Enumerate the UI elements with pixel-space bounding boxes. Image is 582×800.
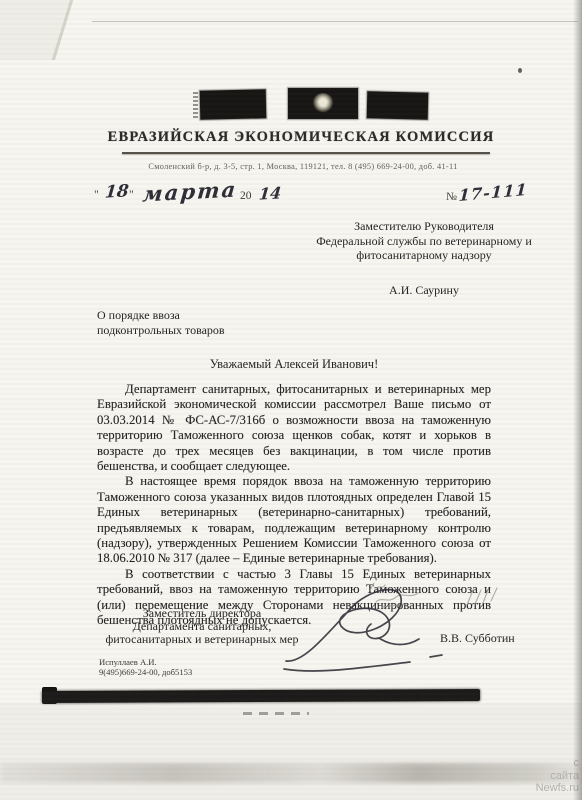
scan-right-edge-shadow [573,0,582,800]
handwritten-day: 18 [104,181,130,202]
letterhead-rule [122,152,490,154]
number-sign: № [446,191,457,203]
handwritten-year: 14 [258,183,282,203]
scan-background-below-page [0,703,582,800]
signer-title-line: фитосанитарных и ветеринарных мер [96,633,308,646]
executor-name: Испуллаев А.И. [99,657,192,667]
addressee-name: А.И. Саурину [300,283,548,298]
page-bottom-edge-bar [42,689,480,703]
subject-line: О порядке ввоза [97,308,225,323]
executor-block: Испуллаев А.И. 9(495)669-24-00, доб5153 [99,657,192,677]
addressee-line: фитосанитарному надзору [300,248,548,263]
date-quote-close: " [129,189,134,201]
kazakhstan-flag-sun-emblem-icon [288,88,358,119]
subject-block: О порядке ввоза подконтрольных товаров [97,308,225,338]
scan-speck [518,68,522,73]
printed-year-prefix: 20 [240,190,252,202]
flag-edge-marks [193,92,198,118]
signature-scribble [282,573,452,678]
addressee-line: Заместителю Руководителя [300,219,548,234]
body-paragraph: В настоящее время порядок ввоза на тамож… [97,474,491,566]
scan-dash-marks [243,712,309,715]
scanned-letter-page: ЕВРАЗИЙСКАЯ ЭКОНОМИЧЕСКАЯ КОМИССИЯ Смоле… [0,0,582,800]
page-corner-fold [0,0,112,60]
member-flag-icon [200,89,267,119]
handwritten-letter-number: 17-111 [458,180,528,205]
organization-address: Смоленский б-р, д. 3-5, стр. 1, Москва, … [108,162,498,171]
signer-name: В.В. Субботин [440,631,515,646]
salutation: Уважаемый Алексей Иванович! [97,357,491,372]
organization-title: ЕВРАЗИЙСКАЯ ЭКОНОМИЧЕСКАЯ КОМИССИЯ [20,129,582,146]
subject-line: подконтрольных товаров [97,323,225,338]
signer-title-block: Заместитель директора Департамента санит… [96,607,308,647]
body-paragraph: Департамент санитарных, фитосанитарных и… [97,382,491,474]
executor-phone: 9(495)669-24-00, доб5153 [99,667,192,677]
date-quote-open: " [94,189,99,201]
handwritten-month: марта [142,177,239,207]
addressee-block: Заместителю Руководителя Федеральной слу… [300,219,548,263]
scan-smudge-band [0,763,582,783]
scan-top-line [92,21,578,22]
addressee-line: Федеральной службы по ветеринарному и [300,234,548,249]
member-flag-icon [367,91,429,119]
sun-emblem-icon [312,93,334,115]
